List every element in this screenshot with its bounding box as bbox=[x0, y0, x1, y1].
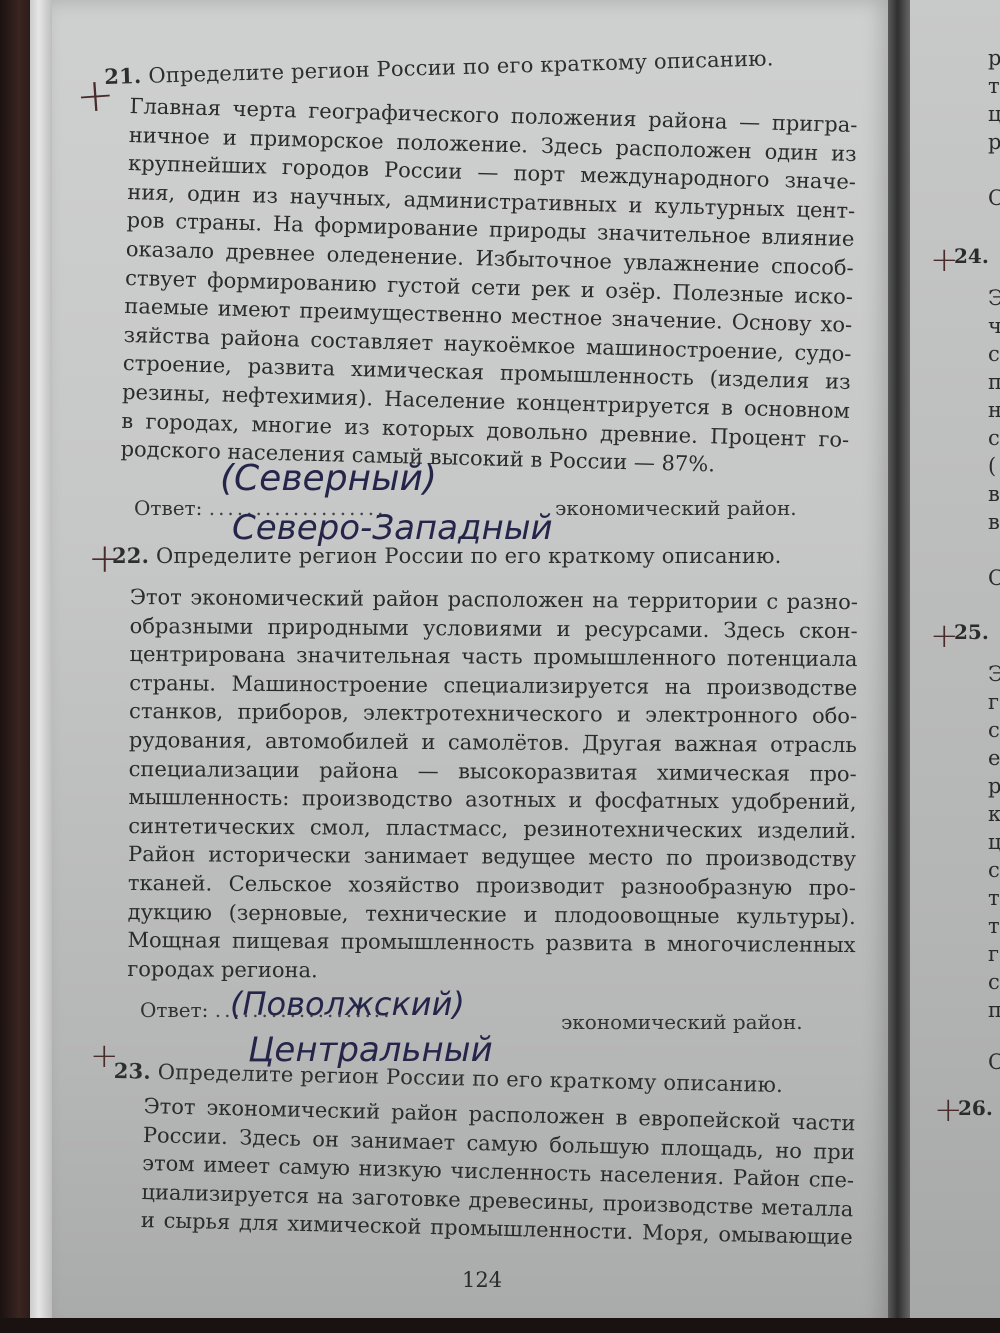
facing-text-fragment: С bbox=[988, 1050, 1000, 1074]
facing-text-fragment: с bbox=[988, 342, 1000, 366]
handwritten-crossed-answer: (Северный) bbox=[220, 458, 437, 499]
text-line: тканей. Сельское хозяйство производит ра… bbox=[128, 869, 856, 903]
facing-text-fragment: р bbox=[988, 130, 1000, 154]
facing-text-fragment: С bbox=[988, 186, 1000, 210]
task-22-prompt: Определите регион России по его краткому… bbox=[156, 544, 781, 568]
page-stack-edge bbox=[30, 0, 54, 1320]
task-21-text: Главная черта географического положения … bbox=[120, 92, 857, 483]
facing-text-fragment: ( bbox=[988, 454, 996, 478]
workbook-page: + 21. Определите регион России по его кр… bbox=[52, 0, 892, 1333]
facing-text-fragment: Э bbox=[988, 286, 1000, 310]
answer-suffix: экономический район. bbox=[561, 1010, 803, 1034]
facing-text-fragment: п bbox=[988, 370, 1000, 394]
task-23-number: 23. bbox=[113, 1058, 151, 1084]
task-26-number: 26. bbox=[958, 1096, 993, 1120]
facing-text-fragment: п bbox=[988, 998, 1000, 1022]
text-line: Мощная пищевая промышленность развита в … bbox=[127, 926, 855, 960]
task-22-number: 22. bbox=[112, 543, 149, 568]
facing-text-fragment: т bbox=[988, 886, 1000, 910]
facing-text-fragment: р bbox=[988, 774, 1000, 798]
task-21-number: 21. bbox=[104, 63, 142, 89]
handwritten-answer: Северо-Западный bbox=[232, 508, 553, 548]
facing-text-fragment: Э bbox=[988, 662, 1000, 686]
facing-text-fragment: г bbox=[988, 942, 999, 966]
book-cover-edge bbox=[0, 0, 32, 1333]
facing-text-fragment: г bbox=[988, 690, 999, 714]
text-line: городах региона. bbox=[127, 955, 855, 989]
facing-text-fragment: к bbox=[988, 802, 1000, 826]
facing-text-fragment: е bbox=[988, 746, 1000, 770]
facing-text-fragment: с bbox=[988, 970, 1000, 994]
facing-text-fragment: т bbox=[988, 74, 1000, 98]
task-21-prompt: Определите регион России по его краткому… bbox=[148, 46, 774, 87]
facing-text-fragment: ч bbox=[988, 314, 1000, 338]
text-line: рудования, автомобилей и самолётов. Друг… bbox=[129, 726, 857, 760]
facing-text-fragment: ц bbox=[988, 830, 1000, 854]
facing-text-fragment: С bbox=[988, 566, 1000, 590]
facing-text-fragment: р bbox=[988, 46, 1000, 70]
answer-label: Ответ: bbox=[140, 998, 208, 1022]
page-number: 124 bbox=[462, 1268, 502, 1292]
task-25-number: 25. bbox=[954, 620, 989, 644]
facing-text-fragment: с bbox=[988, 858, 1000, 882]
facing-text-fragment: в bbox=[988, 510, 1000, 534]
handwritten-crossed-answer: (Поволжский) bbox=[230, 985, 465, 1023]
task-22-heading: 22. Определите регион России по его крат… bbox=[112, 543, 781, 568]
facing-text-fragment: н bbox=[988, 398, 1000, 422]
facing-text-fragment: с bbox=[988, 718, 1000, 742]
book-gutter bbox=[888, 0, 912, 1333]
task-22-text: Этот экономический район расположен на т… bbox=[127, 583, 858, 988]
task-21-heading: 21. Определите регион России по его крат… bbox=[104, 45, 774, 89]
task-24-number: 24. bbox=[954, 244, 989, 268]
table-surface bbox=[0, 1318, 1000, 1333]
facing-text-fragment: с bbox=[988, 426, 1000, 450]
facing-text-fragment: т bbox=[988, 914, 1000, 938]
facing-text-fragment: ц bbox=[988, 102, 1000, 126]
answer-label: Ответ: bbox=[134, 496, 202, 520]
task-23-prompt: Определите регион России по его краткому… bbox=[157, 1060, 783, 1097]
facing-page: р т ц р С + 24. Э ч с п н с ( в в С + 25… bbox=[910, 0, 1000, 1333]
task-23-text: Этот экономический район расположен в ев… bbox=[141, 1092, 856, 1252]
facing-text-fragment: в bbox=[988, 482, 1000, 506]
text-line: Этот экономический район расположен на т… bbox=[130, 583, 858, 617]
answer-suffix: экономический район. bbox=[555, 496, 797, 520]
